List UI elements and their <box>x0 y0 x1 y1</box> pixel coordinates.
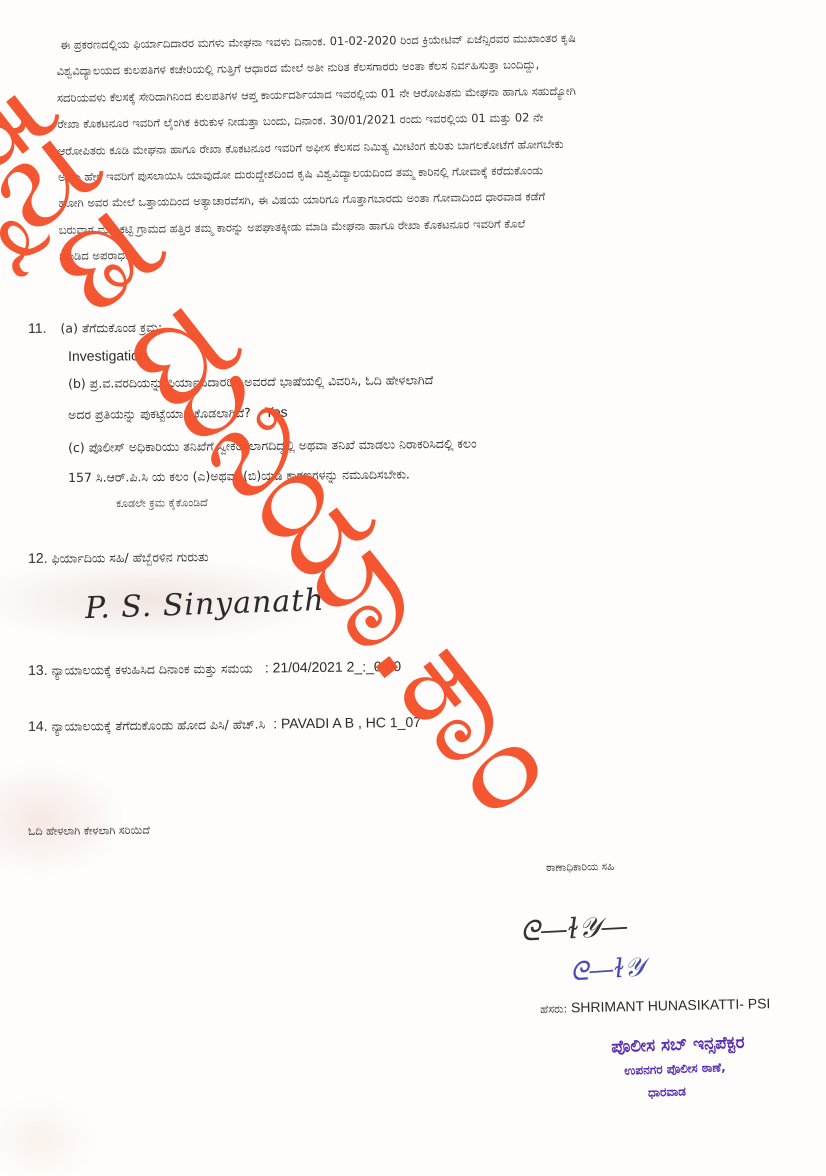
case-description-paragraph: ಈ ಪ್ರಕರಣದಲ್ಲಿಯ ಫಿರ್ಯಾದಿದಾರರ ಮಗಳು ಮೇಘನಾ ಇ… <box>56 22 779 270</box>
section-11-c-line1: (c) ಪೊಲೀಸ್ ಅಧಿಕಾರಿಯು ತನಿಖೆಗೆ ಸ್ವೀಕರಿಸಲಾಗ… <box>68 436 477 456</box>
section-11-c-line3: ಕೂಡಲೇ ಕ್ರಮ ಕೈಕೊಂಡಿದೆ <box>116 496 208 511</box>
section-11-b-line2: ಅದರ ಪ್ರತಿಯನ್ನು ಪುಕಟ್ಟೆಯಾಗಿ ಕೊಡಲಾಗಿದೆ? Ye… <box>68 404 288 423</box>
action-taken-label: (a) ತೆಗೆದುಕೊಂಡ ಕ್ರಮ: <box>60 320 162 336</box>
stamp-city: ಧಾರವಾಡ <box>612 1083 722 1102</box>
complainant-signature-label: ಫಿರ್ಯಾದಿಯ ಸಹಿ/ ಹೆಬ್ಬೆರಳಿನ ಗುರುತು <box>51 549 208 566</box>
court-dispatch-label: ನ್ಯಾಯಾಲಯಕ್ಕೆ ಕಳುಹಿಸಿದ ದಿನಾಂಕ ಮತ್ತು ಸಮಯ <box>51 661 252 678</box>
officer-signature-blue: ᘓ—ɫ𝒴 <box>569 952 646 988</box>
officer-name-label: ಹೆಸರು: <box>540 1002 567 1016</box>
section-number: 11. <box>28 320 47 336</box>
section-11-c-line2: 157 ಸಿ.ಆರ್.ಪಿ.ಸಿ ಯ ಕಲಂ (ಎ)ಅಥವಾ (ಬಿ)ಯಡಿ ಕ… <box>68 466 410 486</box>
officer-name: SHRIMANT HUNASIKATTI- PSI <box>567 995 771 1015</box>
section-number: 13. <box>28 662 48 678</box>
court-carrier-label: ನ್ಯಾಯಾಲಯಕ್ಕೆ ತೆಗೆದುಕೊಂಡು ಹೋದ ಪಿಸಿ/ ಹೆಚ್.… <box>51 717 265 734</box>
section-number: 12. <box>28 550 48 566</box>
scanned-page: ಈ ಪ್ರಕರಣದಲ್ಲಿಯ ಫಿರ್ಯಾದಿದಾರರ ಮಗಳು ಮೇಘನಾ ಇ… <box>0 0 826 1176</box>
section-12: 12. ಫಿರ್ಯಾದಿಯ ಸಹಿ/ ಹೆಬ್ಬೆರಳಿನ ಗುರುತು <box>28 548 209 567</box>
fir-copy-answer: Yes <box>265 404 288 420</box>
officer-signature-black: ᘓ—ɫ𝒴— <box>519 909 629 949</box>
action-taken-value: Investigation <box>68 347 147 364</box>
fir-copy-question: ಅದರ ಪ್ರತಿಯನ್ನು ಪುಕಟ್ಟೆಯಾಗಿ ಕೊಡಲಾಗಿದೆ? <box>68 405 251 422</box>
section-11-b-line1: (b) ಪ್ರ.ವ.ವರದಿಯನ್ನು ಫಿರ್ಯಾದಿದಾರರಿಗೆ ಅವರದ… <box>68 372 433 392</box>
section-11-a: 11. (a) ತೆಗೆದುಕೊಂಡ ಕ್ರಮ: <box>28 319 162 337</box>
section-13: 13. ನ್ಯಾಯಾಲಯಕ್ಕೆ ಕಳುಹಿಸಿದ ದಿನಾಂಕ ಮತ್ತು ಸ… <box>28 658 401 679</box>
officer-signature-label: ಠಾಣಾಧಿಕಾರಿಯ ಸಹಿ <box>546 861 615 875</box>
stamp-designation: ಪೊಲೀಸ ಸಬ್ ಇನ್ಸಪೆಕ್ಟರ <box>588 1032 769 1058</box>
court-carrier-value: : PAVADI A B , HC 1_07 <box>273 714 421 732</box>
court-dispatch-datetime: : 21/04/2021 2_:_0:00 <box>265 658 401 675</box>
section-number: 14. <box>28 718 48 734</box>
section-14: 14. ನ್ಯಾಯಾಲಯಕ್ಕೆ ತೆಗೆದುಕೊಂಡು ಹೋದ ಪಿಸಿ/ ಹ… <box>28 714 421 735</box>
officer-name-line: ಹೆಸರು: SHRIMANT HUNASIKATTI- PSI <box>540 995 771 1017</box>
complainant-signature: P. S. Sinyanath <box>84 583 325 626</box>
read-over-statement: ಓದಿ ಹೇಳಲಾಗಿ ಕೇಳಲಾಗಿ ಸರಿಯಿದೆ <box>28 824 150 839</box>
stamp-station: ಉಪನಗರ ಪೊಲೀಸ ಠಾಣೆ, <box>600 1059 750 1079</box>
